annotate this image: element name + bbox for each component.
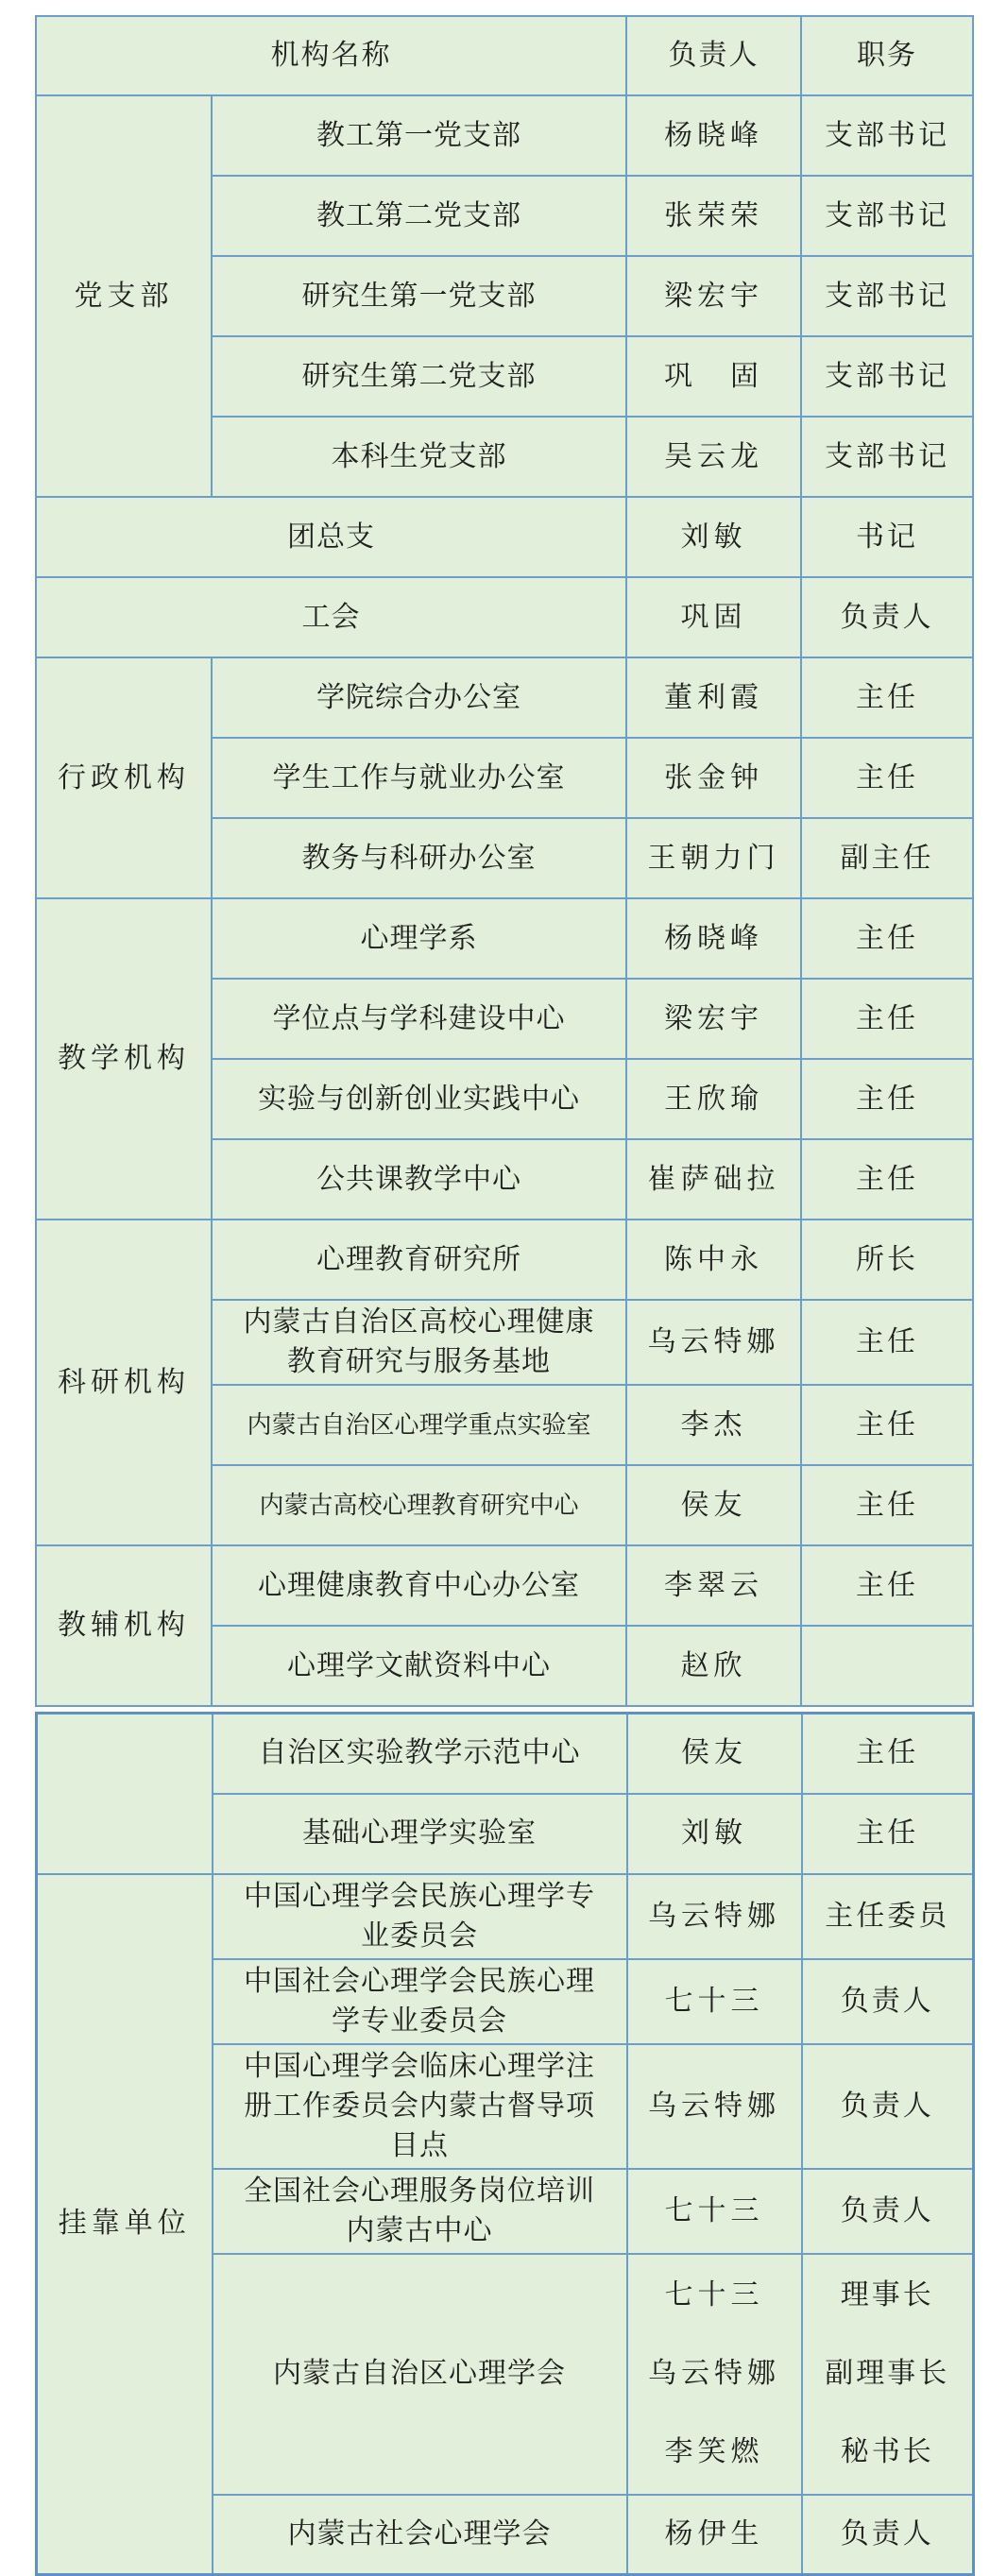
table-row: 科研机构心理教育研究所陈中永所长 — [36, 1220, 973, 1300]
table-row: 教学机构心理学系杨晓峰主任 — [36, 898, 973, 979]
group-cell: 教学机构 — [36, 898, 212, 1220]
person-cell: 杨晓峰 — [626, 95, 801, 176]
person-cell: 王朝力门 — [626, 818, 801, 898]
title-cell: 主任 — [801, 1545, 973, 1626]
table-row: 自治区实验教学示范中心侯友主任 — [37, 1714, 974, 1794]
org-name-cell: 本科生党支部 — [212, 417, 626, 497]
title-cell: 负责人 — [802, 2169, 974, 2254]
person-cell: 梁宏宇 — [626, 256, 801, 336]
org-name-cell: 心理教育研究所 — [212, 1220, 626, 1300]
title-cell: 支部书记 — [801, 95, 973, 176]
org-name-cell: 心理学系 — [212, 898, 626, 979]
header-cell-title: 职务 — [801, 16, 973, 95]
org-name-cell: 教工第二党支部 — [212, 176, 626, 256]
org-name-cell: 内蒙古社会心理学会 — [213, 2495, 627, 2575]
table-row: 党支部教工第一党支部杨晓峰支部书记 — [36, 95, 973, 176]
person-cell: 巩固 — [626, 577, 801, 657]
title-cell: 主任 — [801, 1059, 973, 1139]
group-cell: 党支部 — [36, 95, 212, 497]
person-cell: 崔萨础拉 — [626, 1139, 801, 1220]
title-cell: 主任委员 — [802, 1874, 974, 1959]
title-cell: 主任 — [801, 1385, 973, 1465]
person-cell: 梁宏宇 — [626, 979, 801, 1059]
org-name-cell: 教工第一党支部 — [212, 95, 626, 176]
person-cell: 张金钟 — [626, 738, 801, 818]
person-cell: 董利霞 — [626, 657, 801, 738]
person-cell: 李翠云 — [626, 1545, 801, 1626]
title-cell: 理事长副理事长秘书长 — [802, 2254, 974, 2495]
person-cell: 乌云特娜 — [627, 2044, 802, 2169]
person-cell: 陈中永 — [626, 1220, 801, 1300]
org-name-cell: 中国社会心理学会民族心理学专业委员会 — [213, 1959, 627, 2044]
person-cell: 王欣瑜 — [626, 1059, 801, 1139]
org-name-cell: 内蒙古自治区高校心理健康教育研究与服务基地 — [212, 1300, 626, 1385]
person-cell: 杨伊生 — [627, 2495, 802, 2575]
title-cell: 主任 — [801, 898, 973, 979]
title-cell: 支部书记 — [801, 336, 973, 417]
title-cell: 负责人 — [802, 2044, 974, 2169]
person-name: 乌云特娜 — [632, 2354, 797, 2394]
title-cell: 支部书记 — [801, 417, 973, 497]
title-text: 副理事长 — [807, 2354, 969, 2394]
title-stack: 理事长副理事长秘书长 — [807, 2257, 969, 2492]
person-cell: 乌云特娜 — [626, 1300, 801, 1385]
person-cell: 七十三 — [627, 2169, 802, 2254]
org-name-cell: 研究生第二党支部 — [212, 336, 626, 417]
title-cell: 负责人 — [802, 1959, 974, 2044]
title-cell: 主任 — [801, 1300, 973, 1385]
org-name-cell: 工会 — [36, 577, 626, 657]
org-name-cell: 团总支 — [36, 497, 626, 577]
person-stack: 七十三乌云特娜李笑燃 — [632, 2257, 797, 2492]
title-cell: 主任 — [801, 1139, 973, 1220]
org-name-cell: 内蒙古自治区心理学会 — [213, 2254, 627, 2495]
title-cell: 主任 — [802, 1714, 974, 1794]
title-cell: 支部书记 — [801, 176, 973, 256]
title-cell — [801, 1626, 973, 1706]
org-tables: 机构名称负责人职务党支部教工第一党支部杨晓峰支部书记教工第二党支部张荣荣支部书记… — [35, 15, 1007, 2576]
org-name-cell: 心理学文献资料中心 — [212, 1626, 626, 1706]
title-cell: 支部书记 — [801, 256, 973, 336]
title-text: 理事长 — [807, 2276, 969, 2315]
person-cell: 吴云龙 — [626, 417, 801, 497]
org-name-cell: 自治区实验教学示范中心 — [213, 1714, 627, 1794]
group-cell: 科研机构 — [36, 1220, 212, 1545]
org-name-cell: 学院综合办公室 — [212, 657, 626, 738]
person-cell: 赵欣 — [626, 1626, 801, 1706]
org-name-cell: 全国社会心理服务岗位培训内蒙古中心 — [213, 2169, 627, 2254]
group-cell-empty — [37, 1714, 213, 1874]
table-row: 行政机构学院综合办公室董利霞主任 — [36, 657, 973, 738]
person-cell: 杨晓峰 — [626, 898, 801, 979]
group-cell: 行政机构 — [36, 657, 212, 898]
org-name-cell: 心理健康教育中心办公室 — [212, 1545, 626, 1626]
person-name: 李笑燃 — [632, 2432, 797, 2472]
person-cell: 张荣荣 — [626, 176, 801, 256]
table-row: 挂靠单位中国心理学会民族心理学专业委员会乌云特娜主任委员 — [37, 1874, 974, 1959]
title-cell: 书记 — [801, 497, 973, 577]
person-cell: 侯友 — [626, 1465, 801, 1545]
org-name-cell: 学生工作与就业办公室 — [212, 738, 626, 818]
header-cell-person: 负责人 — [626, 16, 801, 95]
org-name-cell: 中国心理学会民族心理学专业委员会 — [213, 1874, 627, 1959]
org-table-affiliated: 自治区实验教学示范中心侯友主任基础心理学实验室刘敏主任挂靠单位中国心理学会民族心… — [35, 1712, 975, 2576]
org-name-cell: 实验与创新创业实践中心 — [212, 1059, 626, 1139]
header-cell-org-name: 机构名称 — [36, 16, 626, 95]
title-text: 秘书长 — [807, 2432, 969, 2472]
org-name-cell: 内蒙古自治区心理学重点实验室 — [212, 1385, 626, 1465]
person-cell: 李杰 — [626, 1385, 801, 1465]
org-name-cell: 公共课教学中心 — [212, 1139, 626, 1220]
org-name-cell: 学位点与学科建设中心 — [212, 979, 626, 1059]
org-name-cell: 教务与科研办公室 — [212, 818, 626, 898]
group-cell: 教辅机构 — [36, 1545, 212, 1706]
title-cell: 主任 — [801, 1465, 973, 1545]
org-table-main: 机构名称负责人职务党支部教工第一党支部杨晓峰支部书记教工第二党支部张荣荣支部书记… — [35, 15, 974, 1707]
org-name-cell: 中国心理学会临床心理学注册工作委员会内蒙古督导项目点 — [213, 2044, 627, 2169]
org-name-cell: 内蒙古高校心理教育研究中心 — [212, 1465, 626, 1545]
org-name-cell: 研究生第一党支部 — [212, 256, 626, 336]
person-cell: 七十三 — [627, 1959, 802, 2044]
person-cell: 七十三乌云特娜李笑燃 — [627, 2254, 802, 2495]
title-cell: 副主任 — [801, 818, 973, 898]
title-cell: 负责人 — [801, 577, 973, 657]
table-row: 教辅机构心理健康教育中心办公室李翠云主任 — [36, 1545, 973, 1626]
table-row: 工会巩固负责人 — [36, 577, 973, 657]
person-cell: 巩 固 — [626, 336, 801, 417]
org-name-cell: 基础心理学实验室 — [213, 1794, 627, 1874]
header-row: 机构名称负责人职务 — [36, 16, 973, 95]
title-cell: 负责人 — [802, 2495, 974, 2575]
table-row: 团总支刘敏书记 — [36, 497, 973, 577]
person-cell: 刘敏 — [627, 1794, 802, 1874]
title-cell: 主任 — [802, 1794, 974, 1874]
person-name: 七十三 — [632, 2276, 797, 2315]
title-cell: 所长 — [801, 1220, 973, 1300]
title-cell: 主任 — [801, 657, 973, 738]
org-structure-page: 机构名称负责人职务党支部教工第一党支部杨晓峰支部书记教工第二党支部张荣荣支部书记… — [0, 0, 1007, 2559]
person-cell: 乌云特娜 — [627, 1874, 802, 1959]
group-cell: 挂靠单位 — [37, 1874, 213, 2575]
title-cell: 主任 — [801, 738, 973, 818]
person-cell: 侯友 — [627, 1714, 802, 1794]
title-cell: 主任 — [801, 979, 973, 1059]
person-cell: 刘敏 — [626, 497, 801, 577]
